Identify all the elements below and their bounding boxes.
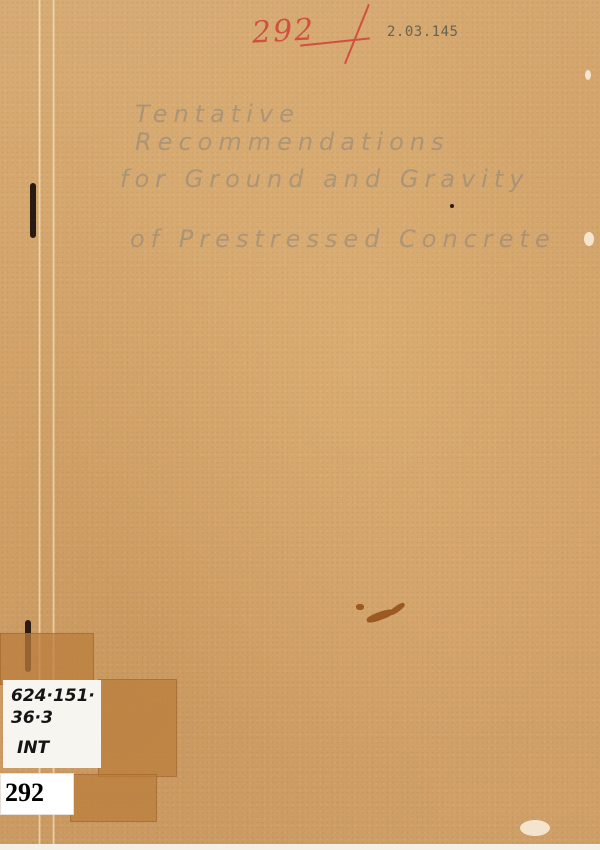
library-tag: 292 [0,773,74,815]
ink-speck [450,204,454,208]
stain-mark [356,604,364,610]
paper-scuff [520,820,550,836]
paper-scuff [585,70,591,80]
library-tag-number: 292 [5,778,44,808]
pencil-title-line-3: of Prestressed Concrete [130,225,556,253]
tape-strip [0,633,94,685]
stamped-accession-number: 2.03.145 [387,24,458,40]
pencil-title-line-2: for Ground and Gravity [120,165,530,193]
call-number-label: 624·151· 36·3 INT [3,680,101,768]
call-number-line-3: INT [17,738,49,758]
paper-scuff [584,232,594,246]
call-number-line-1: 624·151· [11,686,95,706]
tape-strip [98,679,177,777]
page-bottom-edge [0,844,600,850]
call-number-line-2: 36·3 [11,708,53,728]
pencil-title-line-1: Tentative Recommendations [135,100,600,156]
staple-top [30,183,36,238]
tape-strip [70,774,157,822]
